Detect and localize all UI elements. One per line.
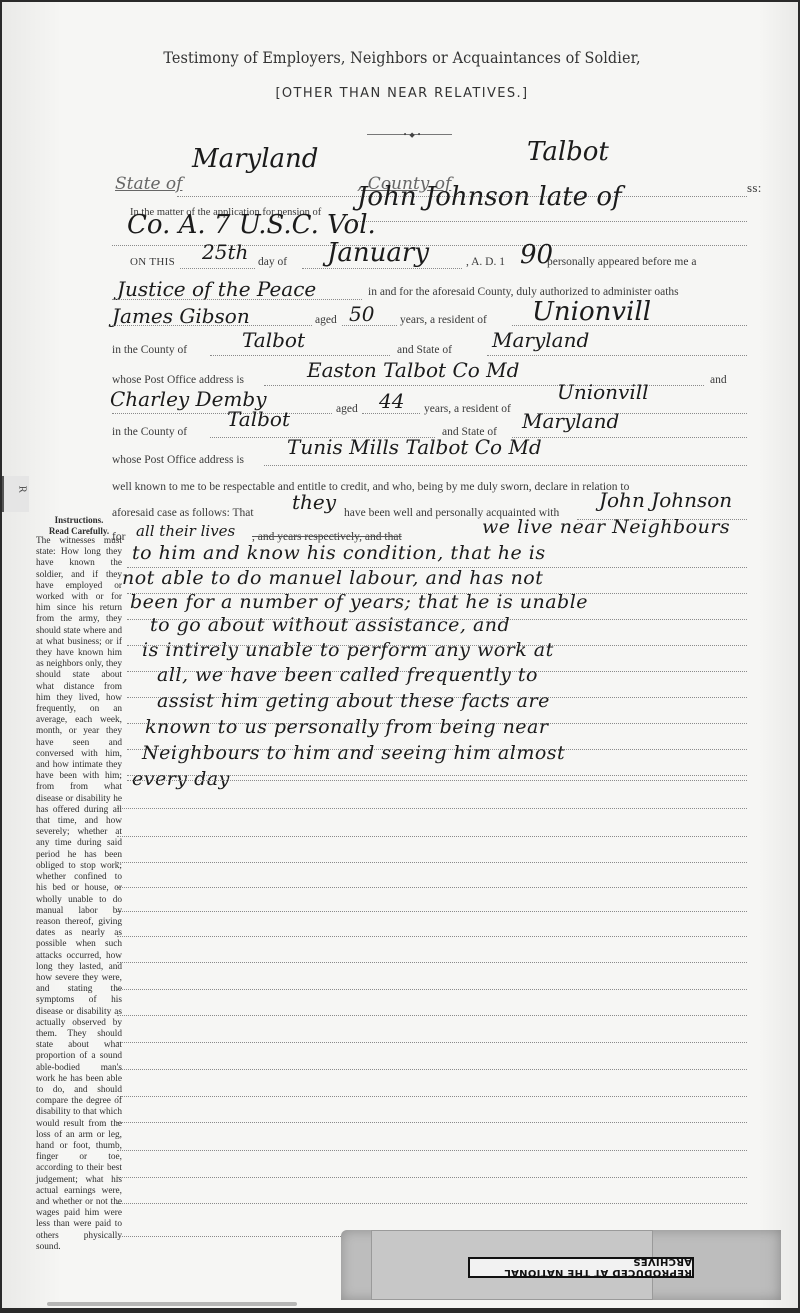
- blank-rule: [117, 1096, 747, 1097]
- testimony-line-2: to him and know his condition, that he i…: [132, 542, 546, 564]
- witness-1-years-label: years, a resident of: [400, 314, 487, 326]
- day-value: 25th: [202, 240, 248, 264]
- blank-rule: [117, 1177, 747, 1178]
- witness-2-years-label: years, a resident of: [424, 403, 511, 415]
- testimony-line-9: known to us personally from being near: [145, 716, 548, 738]
- witness-2-name-line: [112, 413, 332, 414]
- blank-rule: [117, 962, 747, 963]
- witness-1-county-line: [210, 355, 390, 356]
- form-subtitle: [OTHER THAN NEAR RELATIVES.]: [2, 86, 798, 101]
- witness-1-po-label: whose Post Office address is: [112, 374, 244, 386]
- blank-rule: [117, 1150, 747, 1151]
- blank-rule: [127, 780, 747, 781]
- witness-1-residence: Unionvill: [532, 297, 651, 327]
- witness-1-age-line: [342, 325, 397, 326]
- ornament-divider: • ◆ •: [367, 134, 452, 136]
- witness-2-po-line: [264, 465, 747, 466]
- county-value: Talbot: [527, 137, 609, 167]
- claimant-line: [352, 221, 747, 222]
- margin-tab: R: [2, 476, 29, 512]
- blank-rule: [117, 989, 747, 990]
- on-this-label: ON THIS: [130, 256, 175, 268]
- testimony-line-11: every day: [132, 768, 230, 790]
- witness-1-po-address: Easton Talbot Co Md: [307, 358, 519, 382]
- well-known-text: well known to me to be respectable and e…: [112, 481, 629, 493]
- witness-1-state-label: and State of: [397, 344, 452, 356]
- unit-value: Co. A. 7 U.S.C. Vol.: [127, 210, 376, 240]
- they-value: they: [292, 490, 336, 514]
- testimony-line-4: been for a number of years; that he is u…: [130, 591, 588, 613]
- witness-2-county: Talbot: [227, 407, 290, 431]
- testimony-line-10: Neighbours to him and seeing him almost: [142, 742, 565, 764]
- blank-rule: [117, 911, 747, 912]
- official-line: [112, 299, 362, 300]
- duration-value: all their lives: [136, 522, 235, 540]
- month-value: January: [327, 238, 429, 268]
- witness-2-po-label: whose Post Office address is: [112, 454, 244, 466]
- ad-label: , A. D. 1: [466, 256, 505, 268]
- witness-1-residence-line: [512, 325, 747, 326]
- blank-rule: [117, 1015, 747, 1016]
- blank-rule: [117, 836, 747, 837]
- witness-2-age-line: [362, 413, 420, 414]
- blank-rule: [117, 1203, 747, 1204]
- month-line: [302, 268, 462, 269]
- margin-tab-label: R: [16, 486, 26, 493]
- instructions-body: The witnesses must state: How long they …: [36, 536, 122, 1253]
- witness-2-aged-label: aged: [336, 403, 358, 415]
- witness-1-county-label: in the County of: [112, 344, 187, 356]
- state-value: Maryland: [192, 144, 318, 174]
- witness-2-po-address: Tunis Mills Talbot Co Md: [287, 435, 542, 459]
- witness-1-name-line: [112, 325, 312, 326]
- witness-2-county-label: in the County of: [112, 426, 187, 438]
- witness-1-state: Maryland: [492, 328, 589, 352]
- page-edge-shadow: [47, 1302, 297, 1306]
- witness-2-state: Maryland: [522, 409, 619, 433]
- testimony-line-7: all, we have been called frequently to: [157, 664, 538, 686]
- testimony-line-8: assist him geting about these facts are: [157, 690, 550, 712]
- testimony-line-5: to go about without assistance, and: [150, 614, 510, 636]
- day-of-label: day of: [258, 256, 287, 268]
- testimony-line-1: we live near Neighbours: [482, 516, 730, 538]
- witness-2-residence: Unionvill: [557, 380, 649, 404]
- form-title: Testimony of Employers, Neighbors or Acq…: [30, 49, 774, 67]
- witness-1-aged-label: aged: [315, 314, 337, 326]
- witness-1-and-label: and: [710, 374, 727, 386]
- claimant-value: John Johnson late of: [357, 182, 622, 212]
- document-page: Testimony of Employers, Neighbors or Acq…: [2, 2, 798, 1308]
- blank-rule: [117, 1042, 747, 1043]
- instructions-subheading: Read Carefully.: [36, 526, 122, 537]
- archive-stamp: REPRODUCED AT THE NATIONAL ARCHIVES: [468, 1257, 694, 1278]
- instructions-column: Instructions. Read Carefully. The witnes…: [36, 515, 122, 1253]
- instructions-heading: Instructions.: [36, 515, 122, 526]
- testimony-line-6: is intirely unable to perform any work a…: [142, 639, 554, 661]
- witness-1-age: 50: [349, 302, 374, 326]
- blank-rule: [117, 887, 747, 888]
- official-value: Justice of the Peace: [117, 277, 316, 301]
- blank-rule: [117, 936, 747, 937]
- witness-2-age: 44: [379, 389, 404, 413]
- personally-appeared-label: personally appeared before me a: [547, 256, 696, 268]
- witness-2-state-line: [512, 437, 747, 438]
- witness-1-county: Talbot: [242, 328, 305, 352]
- blank-rule: [117, 808, 747, 809]
- soldier-value: John Johnson: [599, 488, 732, 512]
- blank-rule: [117, 1122, 747, 1123]
- witness-1-state-line: [487, 355, 747, 356]
- aforesaid-label: aforesaid case as follows: That: [112, 507, 254, 519]
- testimony-line-3: not able to do manuel labour, and has no…: [122, 567, 543, 589]
- blank-rule: [117, 862, 747, 863]
- day-line: [180, 268, 255, 269]
- state-label: State of: [115, 174, 182, 194]
- ornament-icon: • ◆ •: [403, 131, 421, 139]
- ss-label: ss:: [747, 180, 762, 196]
- blank-rule: [117, 1069, 747, 1070]
